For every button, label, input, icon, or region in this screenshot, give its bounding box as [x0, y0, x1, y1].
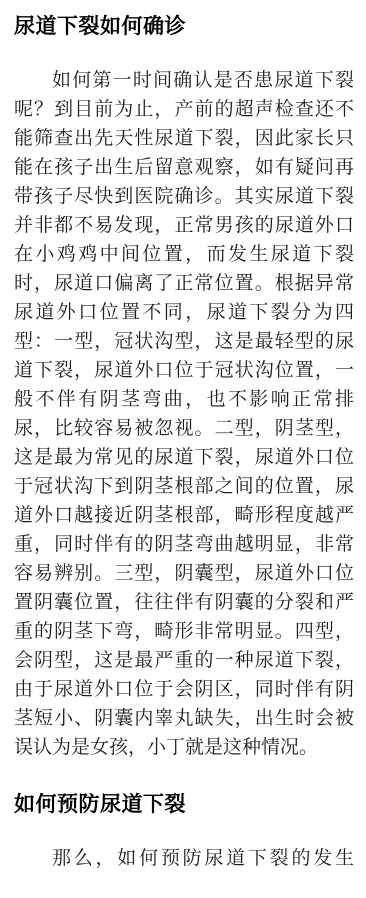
document-body: { "page": { "background_color": "#ffffff… [0, 0, 366, 898]
paragraph-prevention: 那么，如何预防尿道下裂的发生 [14, 844, 354, 873]
section-heading-prevention: 如何预防尿道下裂 [14, 792, 354, 818]
article-page: 尿道下裂如何确诊 如何第一时间确认是否患尿道下裂呢？到目前为止，产前的超声检查还… [0, 0, 366, 898]
section-heading-diagnosis: 尿道下裂如何确诊 [14, 14, 354, 40]
paragraph-diagnosis: 如何第一时间确认是否患尿道下裂呢？到目前为止，产前的超声检查还不能筛查出先天性尿… [14, 66, 354, 762]
